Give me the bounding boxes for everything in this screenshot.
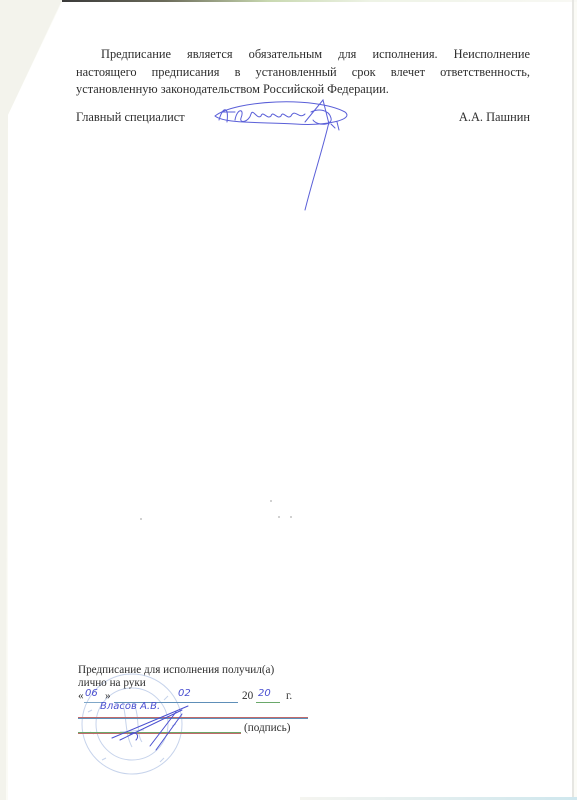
recipient-signature-icon (110, 700, 190, 752)
paragraph-line-1: Предписание является обязательным для ис… (76, 46, 530, 64)
scan-top-strip (62, 0, 577, 2)
receipt-line-1: Предписание для исполнения получил(а) (78, 664, 274, 677)
scan-right-edge (572, 0, 574, 800)
paragraph-line-2: настоящего предписания в установленный с… (76, 64, 530, 82)
signer-name: А.А. Пашнин (459, 110, 530, 125)
receipt-month: 02 (178, 687, 191, 700)
year-prefix: 20 (242, 690, 253, 703)
year-underline (256, 702, 280, 703)
year-suffix: 20 (258, 687, 271, 700)
handwritten-signature-icon (205, 98, 365, 213)
year-unit: г. (286, 690, 292, 703)
obligation-paragraph: Предписание является обязательным для ис… (76, 46, 530, 99)
quote-open: « (78, 690, 84, 703)
receipt-day: 06 (85, 687, 98, 700)
paragraph-line-3: установленную законодательством Российск… (76, 81, 530, 99)
signer-title: Главный специалист (76, 110, 185, 125)
signature-label: (подпись) (244, 722, 290, 735)
